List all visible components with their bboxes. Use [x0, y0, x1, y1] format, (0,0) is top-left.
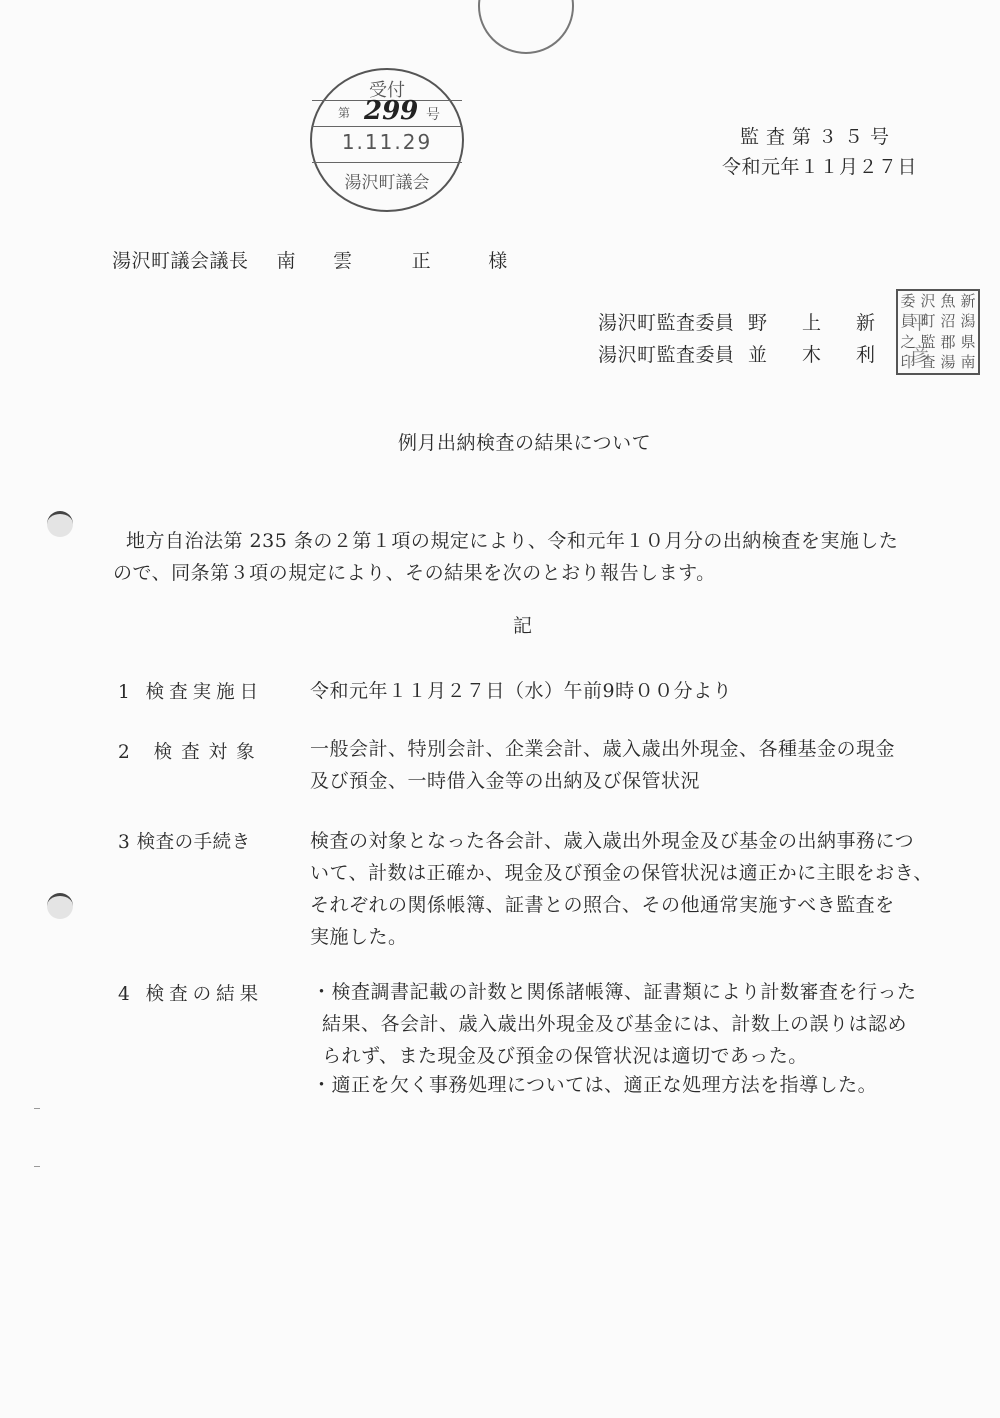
seal-char: 南: [958, 355, 978, 370]
item-text: 実施した。: [310, 922, 408, 949]
margin-mark: [34, 1108, 40, 1109]
seal-char: 郡: [938, 335, 958, 350]
seal-char: 之: [898, 335, 918, 350]
item-text: 及び預金、一時借入金等の出納及び保管状況: [310, 766, 700, 793]
item-text: それぞれの関係帳簿、証書との照合、その他通常実施すべき監査を: [310, 890, 895, 917]
sender-name-part: 野: [748, 308, 802, 335]
document-title: 例月出納検査の結果について: [398, 428, 651, 455]
sender-role: 湯沢町監査委員: [598, 308, 748, 335]
seal-char: 委: [898, 294, 918, 309]
item-text: られず、また現金及び預金の保管状況は適切であった。: [322, 1041, 808, 1068]
body-paragraph-line: 地方自治法第 235 条の２第１項の規定により、令和元年１０月分の出納検査を実施…: [126, 526, 898, 553]
seal-char: 監: [918, 335, 938, 350]
partial-stamp-top: [478, 0, 574, 54]
received-stamp-dai: 第: [338, 104, 350, 121]
addressee: 湯沢町議会議長 南 雲 正 様: [112, 246, 508, 273]
item-text: ・検査調書記載の計数と関係諸帳簿、証書類により計数審査を行った: [312, 977, 917, 1004]
seal-char: 魚: [938, 294, 958, 309]
seal-char: 町: [918, 314, 938, 329]
addressee-title: 湯沢町議会議長: [112, 246, 270, 273]
addressee-name-part: 南: [277, 246, 327, 273]
margin-mark: [34, 1166, 40, 1167]
body-paragraph-line: ので、同条第３項の規定により、その結果を次のとおり報告します。: [113, 558, 716, 585]
item-text: 検査の対象となった各会計、歳入歳出外現金及び基金の出納事務につ: [310, 826, 914, 853]
seal-char: 査: [918, 355, 938, 370]
seal-char: 湯: [938, 355, 958, 370]
ki-heading: 記: [513, 611, 533, 638]
seal-char: 沼: [938, 314, 958, 329]
seal-char: 員: [898, 314, 918, 329]
item-label: 2 検査対象: [118, 738, 264, 764]
received-stamp-date: 1.11.29: [312, 130, 462, 154]
seal-char: 新: [958, 294, 978, 309]
item-label: 3 検査の手続き: [118, 828, 251, 854]
document-number: 監査第３５号: [740, 122, 896, 149]
sender-name-part: 並: [748, 340, 802, 367]
item-text: 令和元年１１月２７日（水）午前9時００分より: [310, 676, 732, 703]
sender-role: 湯沢町監査委員: [598, 340, 748, 367]
sender-name-part: 上: [802, 308, 856, 335]
sender-name-part: 木: [802, 340, 856, 367]
official-seal: 委 沢 魚 新 員 町 沼 潟 之 監 郡 県 印 査 湯 南: [896, 289, 980, 375]
item-text: いて、計数は正確か、現金及び預金の保管状況は適正かに主眼をおき、: [310, 858, 933, 885]
item-text: 一般会計、特別会計、企業会計、歳入歳出外現金、各種基金の現金: [310, 734, 895, 761]
seal-char: 沢: [918, 294, 938, 309]
punch-hole: [47, 511, 73, 537]
received-stamp-footer: 湯沢町議会: [312, 168, 462, 193]
received-stamp-go: 号: [426, 104, 440, 124]
document-date: 令和元年１１月２７日: [722, 152, 917, 179]
item-text: ・適正を欠く事務処理については、適正な処理方法を指導した。: [312, 1070, 877, 1097]
item-text: 結果、各会計、歳入歳出外現金及び基金には、計数上の誤りは認め: [322, 1009, 907, 1036]
received-stamp: 受付 第 299 号 1.11.29 湯沢町議会: [310, 68, 464, 212]
punch-hole: [47, 893, 73, 919]
addressee-name-part: 雲: [333, 246, 405, 273]
addressee-honorific: 様: [488, 246, 508, 273]
item-label: 4 検査の結果: [118, 980, 263, 1006]
seal-char: 県: [958, 335, 978, 350]
seal-char: 潟: [958, 314, 978, 329]
addressee-name-part: 正: [412, 246, 482, 273]
seal-char: 印: [898, 355, 918, 370]
received-stamp-number: 299: [364, 96, 418, 126]
item-label: 1 検査実施日: [118, 678, 263, 704]
